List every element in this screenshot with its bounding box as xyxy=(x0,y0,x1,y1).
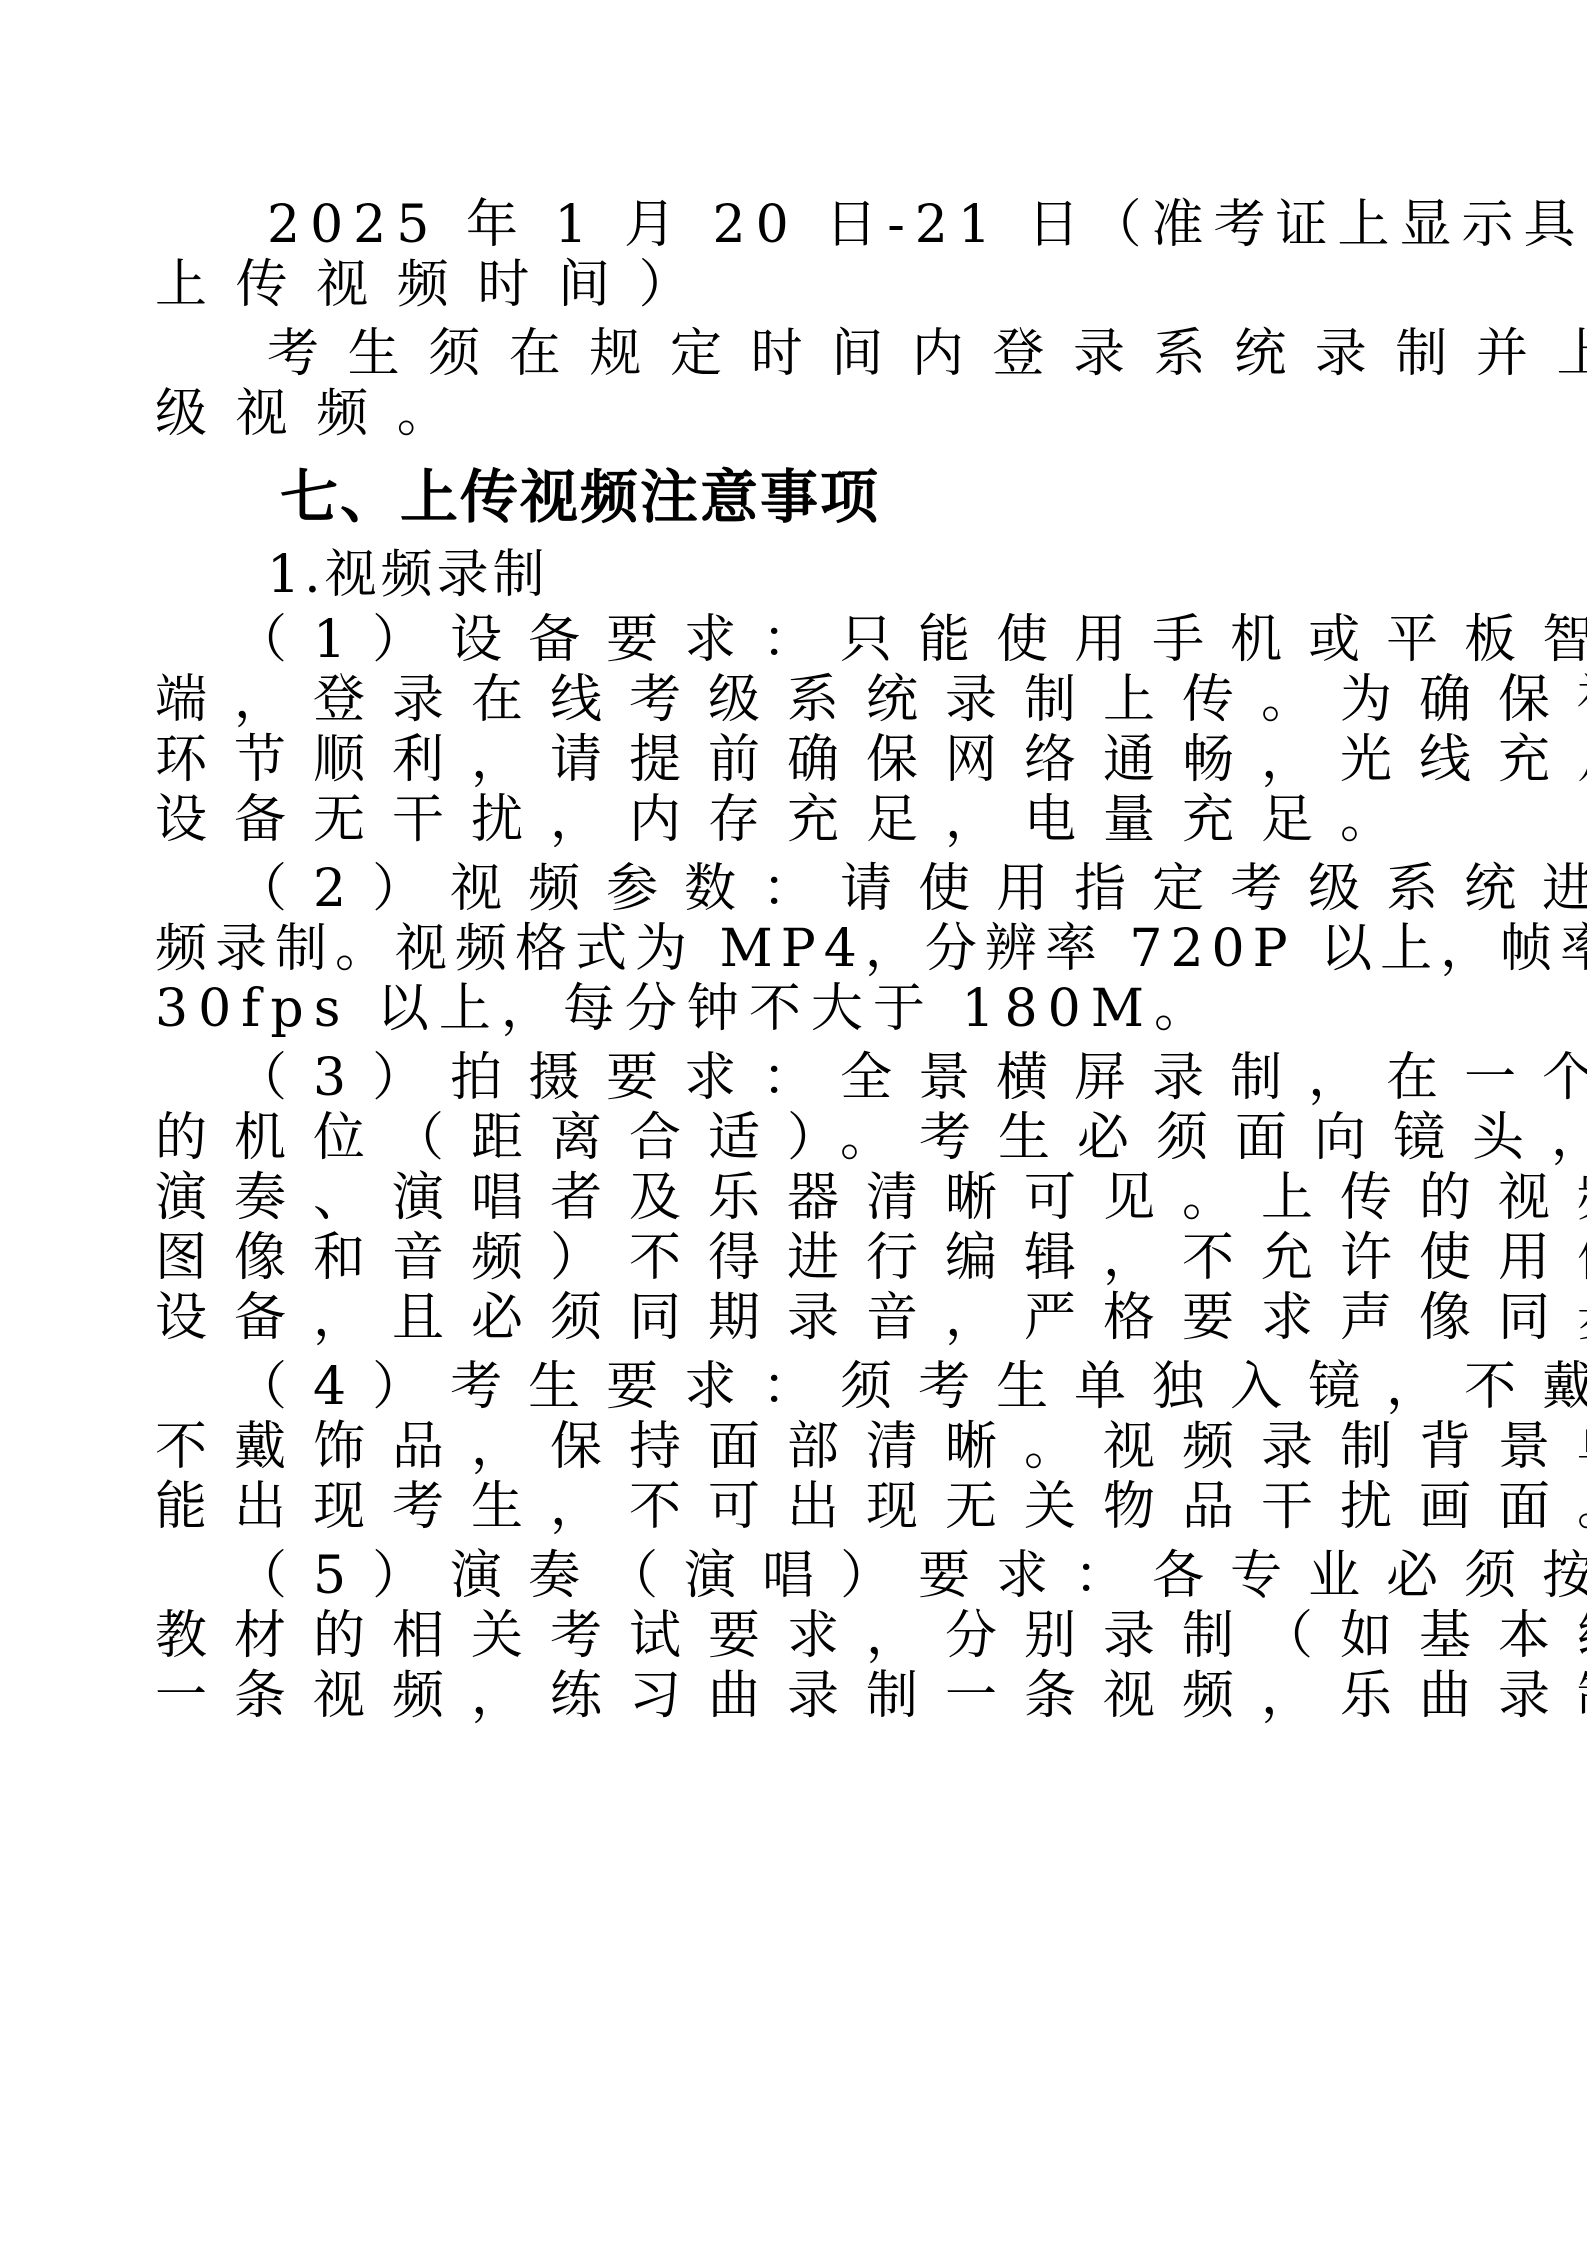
text-line: 环节顺利，请提前确保网络通畅，光线充足，拍摄 xyxy=(155,730,1455,790)
text-line: 30fps 以上，每分钟不大于 180M。 xyxy=(155,979,1455,1039)
text-line: 一条视频，练习曲录制一条视频，乐曲录制一条视 xyxy=(155,1666,1455,1726)
document-page: 2025 年 1 月 20 日-21 日（准考证上显示具体 上传视频时间） 考生… xyxy=(155,195,1455,1735)
text-line: （3）拍摄要求：全景横屏录制，在一个固定 xyxy=(155,1048,1455,1108)
text-line: 设备，且必须同期录音，严格要求声像同步。 xyxy=(155,1288,1455,1348)
text-line: 2025 年 1 月 20 日-21 日（准考证上显示具体 xyxy=(155,195,1455,255)
paragraph-upload-date: 2025 年 1 月 20 日-21 日（准考证上显示具体 上传视频时间） xyxy=(155,195,1455,315)
subsection-heading: 1.视频录制 xyxy=(155,540,1455,610)
text-line: 设备无干扰，内存充足，电量充足。 xyxy=(155,790,1455,850)
text-line: 上传视频时间） xyxy=(155,255,1455,315)
text-line: （2）视频参数：请使用指定考级系统进行视 xyxy=(155,859,1455,919)
item-performance-requirements: （5）演奏（演唱）要求：各专业必须按考级 教材的相关考试要求，分别录制（如基本练… xyxy=(155,1546,1455,1726)
text-line: 教材的相关考试要求，分别录制（如基本练习录制 xyxy=(155,1606,1455,1666)
paragraph-upload-instruction: 考生须在规定时间内登录系统录制并上传考 级视频。 xyxy=(155,324,1455,444)
text-line: 端，登录在线考级系统录制上传。为确保视频录制 xyxy=(155,670,1455,730)
item-video-parameters: （2）视频参数：请使用指定考级系统进行视 频录制。视频格式为 MP4，分辨率 7… xyxy=(155,859,1455,1039)
section-heading: 七、上传视频注意事项 xyxy=(155,454,1455,540)
text-line: （4）考生要求：须考生单独入镜，不戴帽， xyxy=(155,1357,1455,1417)
item-shooting-requirements: （3）拍摄要求：全景横屏录制，在一个固定 的机位（距离合适）。考生必须面向镜头，… xyxy=(155,1048,1455,1348)
text-line: 演奏、演唱者及乐器清晰可见。上传的视频（包括 xyxy=(155,1168,1455,1228)
text-line: 能出现考生，不可出现无关物品干扰画面。 xyxy=(155,1477,1455,1537)
text-line: （1）设备要求：只能使用手机或平板智能终 xyxy=(155,610,1455,670)
text-line: 的机位（距离合适）。考生必须面向镜头，以确保 xyxy=(155,1108,1455,1168)
text-line: （5）演奏（演唱）要求：各专业必须按考级 xyxy=(155,1546,1455,1606)
text-line: 级视频。 xyxy=(155,384,1455,444)
item-device-requirements: （1）设备要求：只能使用手机或平板智能终 端，登录在线考级系统录制上传。为确保视… xyxy=(155,610,1455,850)
item-examinee-requirements: （4）考生要求：须考生单独入镜，不戴帽， 不戴饰品，保持面部清晰。视频录制背景单… xyxy=(155,1357,1455,1537)
text-line: 图像和音频）不得进行编辑，不允许使用任何扩音 xyxy=(155,1228,1455,1288)
text-line: 频录制。视频格式为 MP4，分辨率 720P 以上，帧率 xyxy=(155,919,1455,979)
text-line: 不戴饰品，保持面部清晰。视频录制背景单一，只 xyxy=(155,1417,1455,1477)
text-line: 考生须在规定时间内登录系统录制并上传考 xyxy=(155,324,1455,384)
